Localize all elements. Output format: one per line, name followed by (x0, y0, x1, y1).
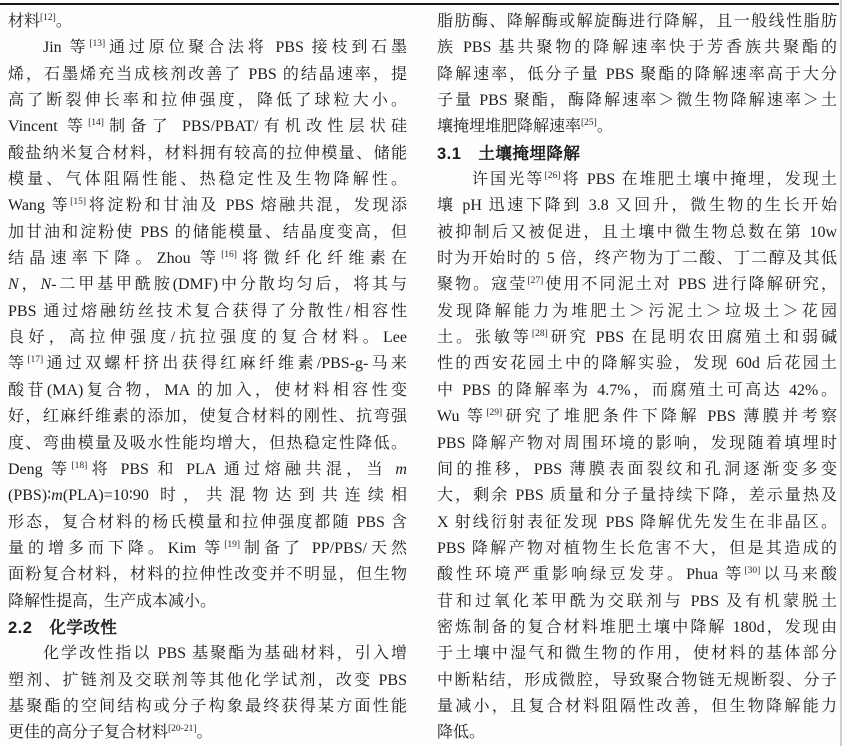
text-line: 被抑制后又被促进，且土壤中微生物总数在第 10w (437, 220, 837, 246)
section-heading: 3.1 土壤掩埋降解 (437, 141, 837, 167)
text-line: 密炼制备的复合材料堆肥土壤中降解 180d，发现由 (437, 615, 837, 641)
text-line: 烯，石墨烯充当成核剂改善了 PBS 的结晶速率，提 (8, 62, 407, 88)
reference-marker: [26] (545, 171, 561, 181)
text-line: 量减小，且复合材料阻隔性改善，但生物降解能力 (437, 694, 837, 720)
text-line: 材料[12]。 (8, 9, 407, 35)
text-line: 时为开始时的 5 倍，终产物为丁二酸、丁二醇及其低 (437, 246, 837, 272)
text-line: 酸性环境严重影响绿豆发芽。Phua 等[30]以马来酸 (437, 562, 837, 588)
text-line: PBS 降解产物对植物生长危害不大，但是其造成的 (437, 536, 837, 562)
text-line: 发现降解能力为堆肥土＞污泥土＞垃圾土＞花园 (437, 299, 837, 325)
scan-edge-line (840, 0, 842, 746)
text-line: 降解性提高，生产成本减小。 (8, 589, 407, 615)
reference-marker: [12] (40, 13, 56, 23)
reference-marker: [28] (532, 329, 548, 339)
text-line: 化学改性指以 PBS 基聚酯为基础材料，引入增 (8, 641, 407, 667)
text-line: 降低。 (437, 720, 837, 746)
text-line: 于土壤中湿气和微生物的作用，使材料的基体部分 (437, 641, 837, 667)
text-line: 苷和过氧化苯甲酰为交联剂与 PBS 及有机蒙脱土 (437, 589, 837, 615)
reference-marker: [14] (88, 118, 104, 128)
text-line: Vincent 等[14]制备了 PBS/PBAT/有机改性层状硅 (8, 114, 407, 140)
text-line: 许国光等[26]将 PBS 在堆肥土壤中掩埋，发现土 (437, 167, 837, 193)
reference-marker: [25] (581, 118, 597, 128)
reference-marker: [17] (27, 355, 43, 365)
text-line: Wu 等[29]研究了堆肥条件下降解 PBS 薄膜并考察 (437, 404, 837, 430)
text-line: 基聚酯的空间结构或分子构象最终获得某方面性能 (8, 694, 407, 720)
page: 材料[12]。Jin 等[13]通过原位聚合法将 PBS 接枝到石墨烯，石墨烯充… (0, 0, 847, 746)
text-line: X 射线衍射表征发现 PBS 降解优先发生在非晶区。 (437, 510, 837, 536)
reference-marker: [15] (70, 197, 86, 207)
text-line: 更佳的高分子复合材料[20-21]。 (8, 720, 407, 746)
text-line: 降解速率，低分子量 PBS 聚酯的降解速率高于大分 (437, 62, 837, 88)
text-line: 大，剩余 PBS 质量和分子量持续下降，差示量热及 (437, 483, 837, 509)
reference-marker: [19] (224, 540, 240, 550)
text-line: 中 PBS 的降解率为 4.7%，而腐殖土可高达 42%。 (437, 378, 837, 404)
text-line: 壤掩埋堆肥降解速率[25]。 (437, 114, 837, 140)
text-line: 聚物。寇莹[27]使用不同泥土对 PBS 进行降解研究， (437, 272, 837, 298)
text-line: 土。张敏等[28]研究 PBS 在昆明农田腐殖土和弱碱 (437, 325, 837, 351)
text-line: 结晶速率下降。Zhou 等[16]将微纤化纤维素在 (8, 246, 407, 272)
text-line: 良好，高拉伸强度/抗拉强度的复合材料。Lee (8, 325, 407, 351)
text-line: PBS 降解产物对周围环境的影响，发现随着填埋时 (437, 431, 837, 457)
text-line: 壤 pH 迅速下降到 3.8 又回升，微生物的生长开始 (437, 193, 837, 219)
text-line: 度、弯曲模量及吸水性能均增大，但热稳定性降低。 (8, 431, 407, 457)
text-line: 间的推移，PBS 薄膜表面裂纹和孔洞逐渐变多变 (437, 457, 837, 483)
text-line: 中断粘结，形成微腔，导致聚合物链无规断裂、分子 (437, 668, 837, 694)
text-line: 形态，复合材料的杨氏模量和拉伸强度都随 PBS 含 (8, 510, 407, 536)
text-line: (PBS)∶m(PLA)=10∶90 时，共混物达到共连续相 (8, 483, 407, 509)
text-line: 子量 PBS 聚酯，酶降解速率＞微生物降解速率＞土 (437, 88, 837, 114)
text-line: 等[17]通过双螺杆挤出获得红麻纤维素/PBS-g-马来 (8, 351, 407, 377)
text-line: Deng 等[18]将 PBS 和 PLA 通过熔融共混，当 m (8, 457, 407, 483)
left-column: 材料[12]。Jin 等[13]通过原位聚合法将 PBS 接枝到石墨烯，石墨烯充… (8, 9, 407, 746)
text-line: N，N-二甲基甲酰胺(DMF)中分散均匀后，将其与 (8, 272, 407, 298)
reference-marker: [18] (71, 461, 87, 471)
reference-marker: [29] (486, 408, 502, 418)
text-line: 高了断裂伸长率和拉伸强度，降低了球粒大小。 (8, 88, 407, 114)
text-line: 好，红麻纤维素的添加，使复合材料的刚性、抗弯强 (8, 404, 407, 430)
right-column: 脂肪酶、降解酶或解旋酶进行降解，且一般线性脂肪族 PBS 基共聚物的降解速率快于… (437, 9, 837, 746)
reference-marker: [20-21] (168, 724, 197, 734)
text-line: 塑剂、扩链剂及交联剂等其他化学试剂，改变 PBS (8, 668, 407, 694)
reference-marker: [16] (221, 250, 237, 260)
text-line: 族 PBS 基共聚物的降解速率快于芳香族共聚酯的 (437, 35, 837, 61)
text-line: 面粉复合材料，材料的拉伸性改变并不明显，但生物 (8, 562, 407, 588)
section-heading: 2.2 化学改性 (8, 615, 407, 641)
text-line: 脂肪酶、降解酶或解旋酶进行降解，且一般线性脂肪 (437, 9, 837, 35)
text-line: Wang 等[15]将淀粉和甘油及 PBS 熔融共混，发现添 (8, 193, 407, 219)
text-line: 模量、气体阻隔性能、热稳定性及生物降解性。 (8, 167, 407, 193)
text-line: PBS 通过熔融纺丝技术复合获得了分散性/相容性 (8, 299, 407, 325)
text-line: 量的增多而下降。Kim 等[19]制备了 PP/PBS/天然 (8, 536, 407, 562)
text-line: Jin 等[13]通过原位聚合法将 PBS 接枝到石墨 (8, 35, 407, 61)
reference-marker: [27] (527, 276, 543, 286)
top-rule (0, 3, 839, 5)
text-line: 加甘油和淀粉使 PBS 的储能模量、结晶度变高，但 (8, 220, 407, 246)
text-line: 酸盐纳米复合材料，材料拥有较高的拉伸模量、储能 (8, 141, 407, 167)
text-line: 酸苷(MA)复合物，MA 的加入，使材料相容性变 (8, 378, 407, 404)
reference-marker: [13] (89, 39, 105, 49)
reference-marker: [30] (744, 566, 760, 576)
text-line: 性的西安花园土中的降解实验，发现 60d 后花园土 (437, 351, 837, 377)
